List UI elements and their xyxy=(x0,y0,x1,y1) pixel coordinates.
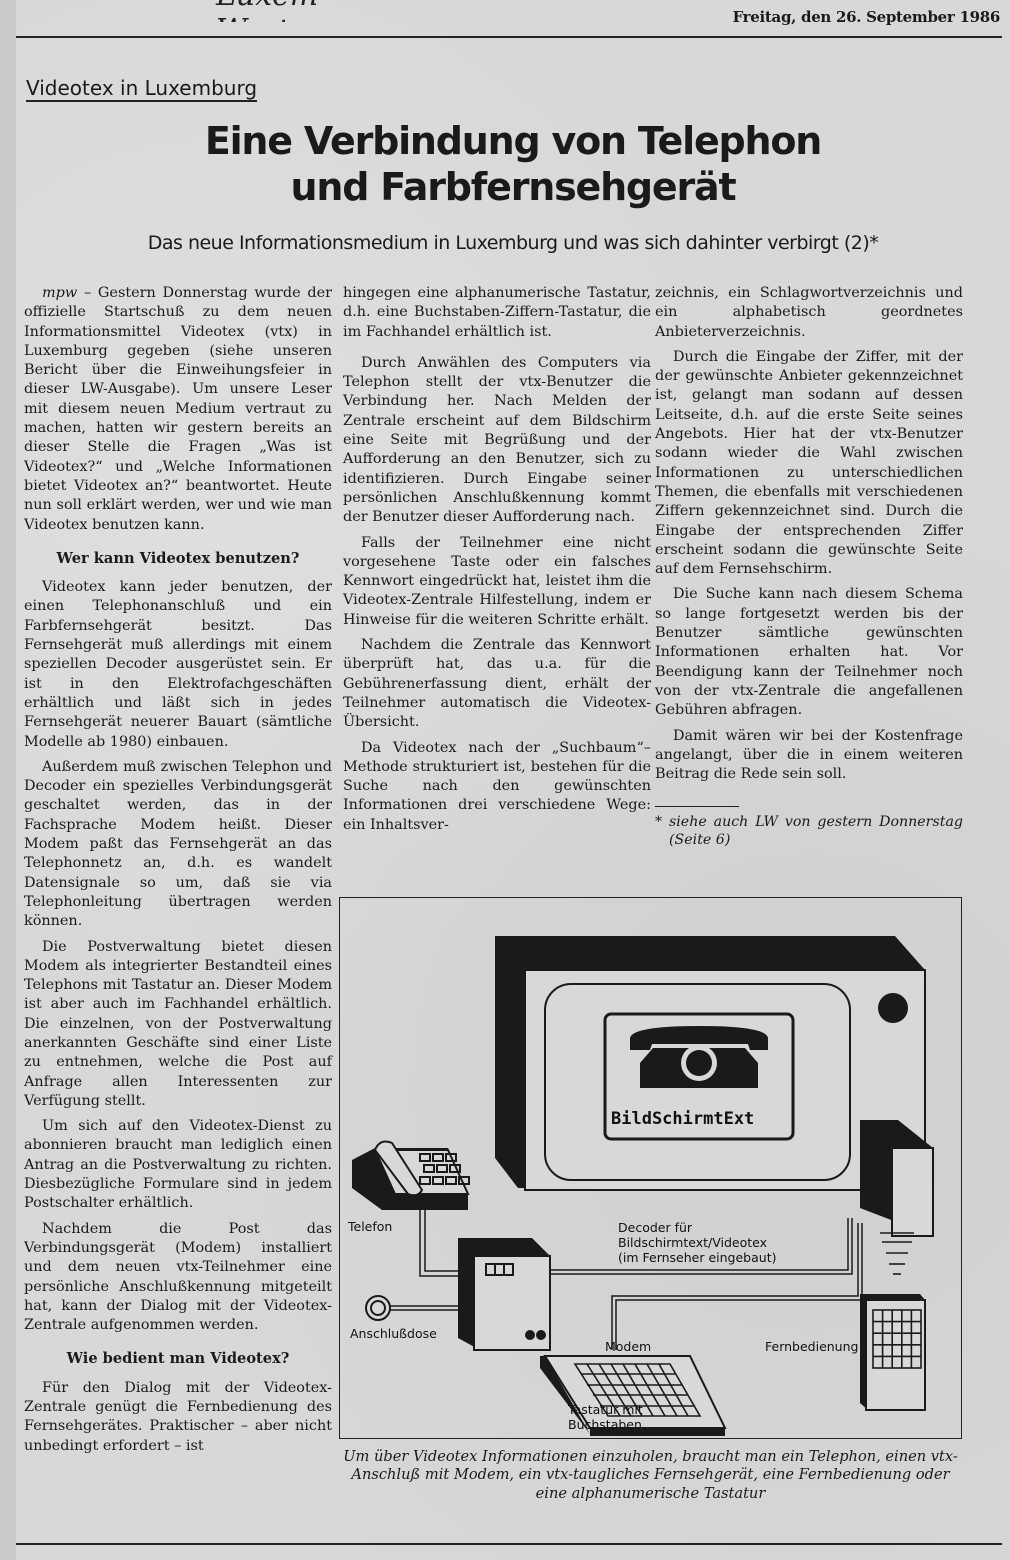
paragraph: Falls der Teilnehmer eine nicht vorgeseh… xyxy=(343,534,651,630)
paragraph: Um sich auf den Videotex-Dienst zu abonn… xyxy=(24,1117,332,1213)
paragraph: mpw – Gestern Donnerstag wurde der offiz… xyxy=(24,284,332,535)
top-rule xyxy=(16,36,1002,38)
headline-line-2: und Farbfernsehgerät xyxy=(16,164,1010,210)
paragraph: hingegen eine alphanumerische Tastatur, … xyxy=(343,284,651,342)
headline-line-1: Eine Verbindung von Telephon xyxy=(16,118,1010,164)
article-column-2: hingegen eine alphanumerische Tastatur, … xyxy=(343,284,651,841)
label-anschlussdose: Anschlußdose xyxy=(350,1326,437,1341)
paragraph: Durch die Eingabe der Ziffer, mit der de… xyxy=(655,348,963,580)
section-heading: Wie bedient man Videotex? xyxy=(24,1349,332,1368)
paragraph: Videotex kann jeder benutzen, der einen … xyxy=(24,578,332,752)
footnote: * siehe auch LW von gestern Donnerstag (… xyxy=(655,813,963,849)
paragraph: Nachdem die Zentrale das Kennwort überpr… xyxy=(343,636,651,732)
paragraph: zeichnis, ein Schlagwortverzeichnis und … xyxy=(655,284,963,342)
telephone-screen-icon xyxy=(630,1026,768,1088)
label-decoder-line3: (im Fernseher eingebaut) xyxy=(618,1250,776,1265)
videotex-illustration: BildSchirmtExt Telefon xyxy=(339,897,962,1439)
wall-socket-icon xyxy=(366,1296,390,1320)
modem-icon xyxy=(458,1238,550,1350)
label-modem: Modem xyxy=(605,1339,651,1354)
author-tag: mpw xyxy=(42,285,77,301)
paragraph: Die Suche kann nach diesem Schema so lan… xyxy=(655,585,963,720)
paragraph: Damit wären wir bei der Kostenfrage ange… xyxy=(655,727,963,785)
label-tastatur-line2: Buchstaben xyxy=(568,1417,642,1432)
article-headline: Eine Verbindung von Telephon und Farbfer… xyxy=(16,118,1010,210)
paragraph: Durch Anwählen des Computers via Telepho… xyxy=(343,354,651,528)
label-decoder-line1: Decoder für xyxy=(618,1220,693,1235)
label-tastatur-line1: Tastatur mit xyxy=(567,1402,643,1417)
article-kicker: Videotex in Luxemburg xyxy=(26,76,257,102)
signal-waves-icon xyxy=(880,1233,914,1274)
newspaper-page: Luxemburger Wort Freitag, den 26. Septem… xyxy=(16,0,1010,1560)
paragraph: Nachdem die Post das Verbindungsgerät (M… xyxy=(24,1220,332,1336)
label-telefon: Telefon xyxy=(347,1219,392,1234)
article-column-3: zeichnis, ein Schlagwortverzeichnis und … xyxy=(655,284,963,849)
paragraph: Die Postverwaltung bietet diesen Modem a… xyxy=(24,938,332,1112)
masthead-fragment: Luxemburger Wort xyxy=(16,0,316,22)
paragraph: Da Videotex nach der „Suchbaum“–Methode … xyxy=(343,739,651,835)
article-column-1: mpw – Gestern Donnerstag wurde der offiz… xyxy=(24,284,332,1462)
telephone-icon xyxy=(352,1142,469,1210)
figure-caption: Um über Videotex Informationen einzuhole… xyxy=(339,1448,962,1503)
bottom-rule xyxy=(16,1543,1002,1545)
remote-control-icon xyxy=(860,1294,925,1410)
issue-date: Freitag, den 26. September 1986 xyxy=(733,8,1000,26)
bildschirmtext-logo: BildSchirmtExt xyxy=(611,1109,754,1129)
section-heading: Wer kann Videotex benutzen? xyxy=(24,549,332,568)
footnote-rule xyxy=(655,806,739,807)
label-decoder-line2: Bildschirmtext/Videotex xyxy=(618,1235,767,1250)
label-fernbedienung: Fernbedienung xyxy=(765,1339,858,1354)
paragraph: Außerdem muß zwischen Telephon und Decod… xyxy=(24,758,332,932)
article-subhead: Das neue Informationsmedium in Luxemburg… xyxy=(16,232,1010,254)
paragraph: Für den Dialog mit der Videotex-Zentrale… xyxy=(24,1379,332,1456)
